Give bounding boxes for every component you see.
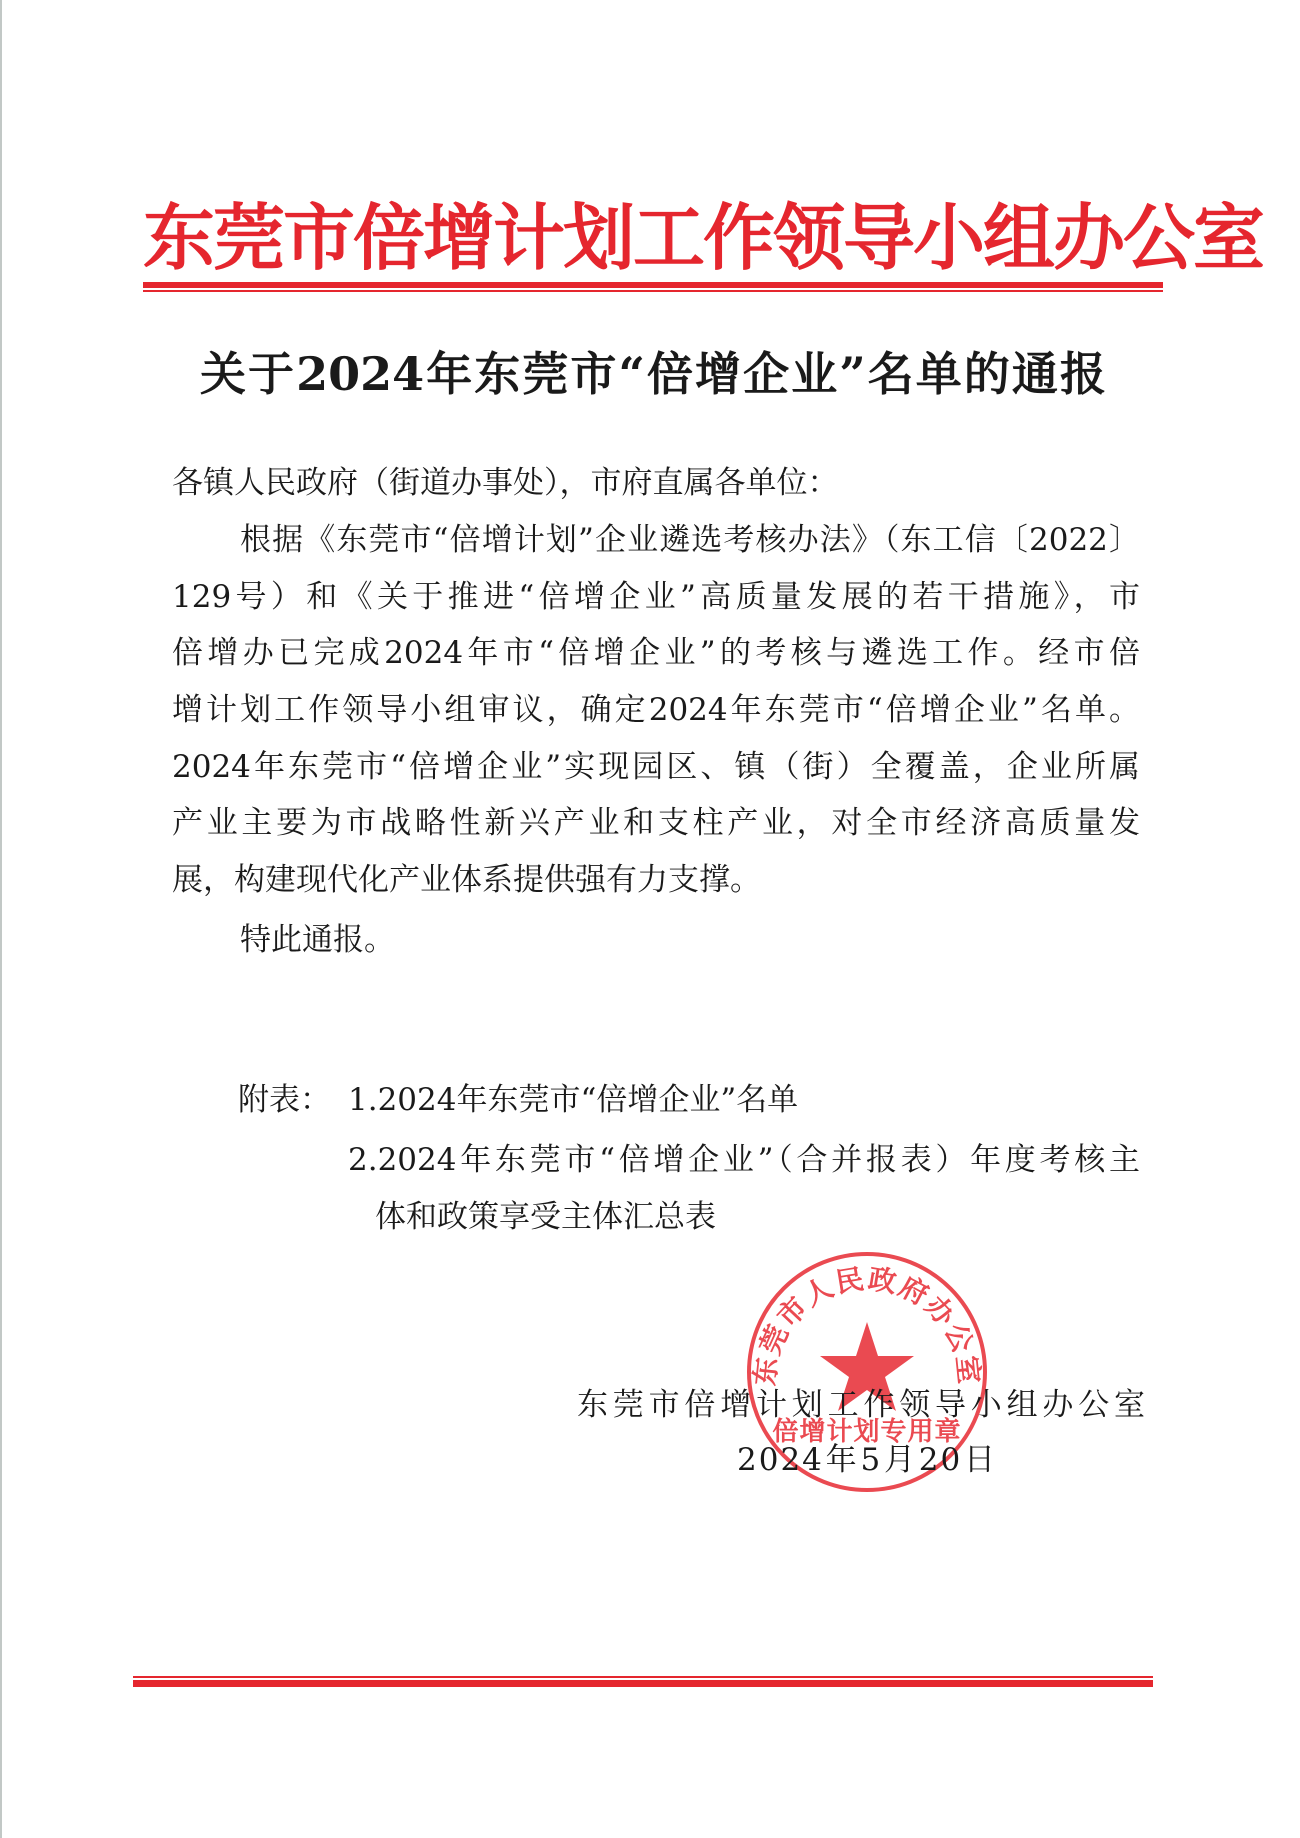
signature-date: 2024年5月20日 [737,1440,997,1480]
paragraph-line: 2024年东莞市“倍增企业”实现园区、镇（街）全覆盖，企业所属 [172,747,1140,787]
attachment-item-1: 1.2024年东莞市“倍增企业”名单 [348,1080,798,1120]
letterhead-rule [143,282,1163,294]
footer-rule [133,1676,1153,1690]
attachment-item-2-continued: 体和政策享受主体汇总表 [375,1197,716,1237]
paragraph-line: 增计划工作领导小组审议，确定2024年东莞市“倍增企业”名单。 [172,690,1140,730]
attachments-label: 附表： [238,1080,331,1120]
page-edge [0,0,2,1838]
paragraph-line: 129号）和《关于推进“倍增企业”高质量发展的若干措施》，市 [172,577,1140,617]
paragraph-line-last: 展，构建现代化产业体系提供强有力支撑。 [172,860,761,900]
paragraph-line: 倍增办已完成2024年市“倍增企业”的考核与遴选工作。经市倍 [172,633,1140,673]
salutation: 各镇人民政府（街道办事处），市府直属各单位： [172,463,839,503]
attachment-item-2: 2.2024年东莞市“倍增企业”（合并报表）年度考核主 [348,1140,1140,1180]
letterhead-issuer: 东莞市倍增计划工作领导小组办公室 [143,196,1163,280]
closing-remark: 特此通报。 [240,920,395,960]
document-title: 关于2024年东莞市“倍增企业”名单的通报 [200,346,1106,402]
paragraph-line: 根据《东莞市“倍增计划”企业遴选考核办法》（东工信〔2022〕 [240,520,1140,560]
signature-issuer: 东莞市倍增计划工作领导小组办公室 [577,1385,1145,1425]
paragraph-line: 产业主要为市战略性新兴产业和支柱产业，对全市经济高质量发 [172,803,1140,843]
